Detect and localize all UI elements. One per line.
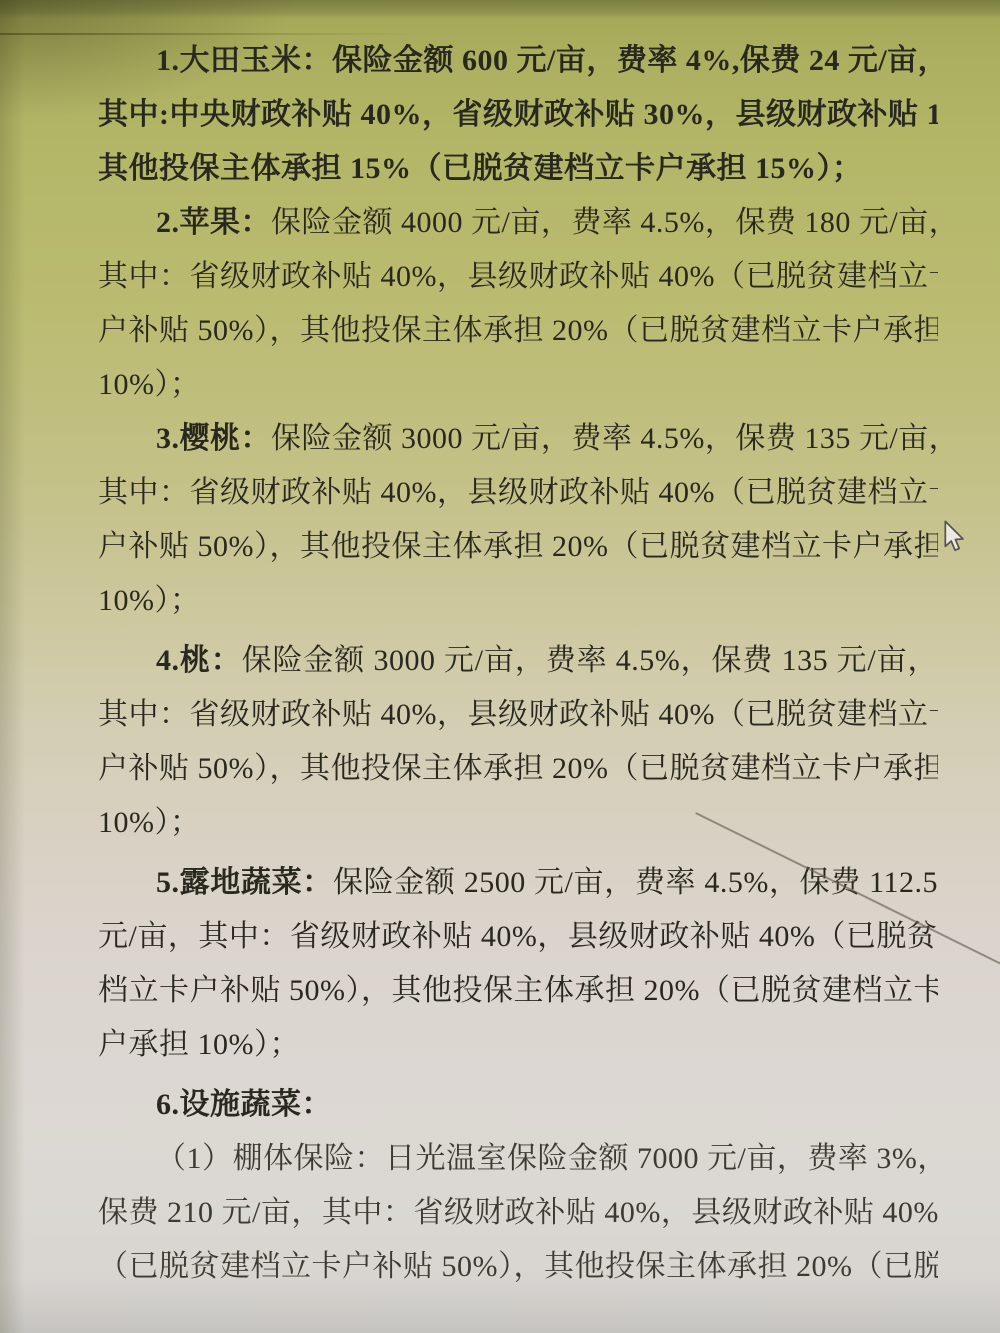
doc-text: 10%）； [98, 806, 201, 839]
doc-line: 10%）； [98, 358, 938, 412]
doc-line: 其中：省级财政补贴 40%，县级财政补贴 40%（已脱贫建档立卡 [98, 466, 938, 520]
doc-line: 10%）； [98, 574, 938, 628]
doc-line: 4.桃：保险金额 3000 元/亩，费率 4.5%，保费 135 元/亩， [98, 634, 938, 688]
doc-line: 档立卡户补贴 50%），其他投保主体承担 20%（已脱贫建档立卡 [98, 964, 938, 1018]
doc-line: 保费 210 元/亩，其中：省级财政补贴 40%，县级财政补贴 40% [98, 1186, 938, 1240]
doc-text: 档立卡户补贴 50%），其他投保主体承担 20%（已脱贫建档立卡 [98, 974, 938, 1007]
doc-text: 保险金额 3000 元/亩，费率 4.5%，保费 135 元/亩， [271, 422, 938, 455]
doc-line: 户补贴 50%），其他投保主体承担 20%（已脱贫建档立卡户承担 [98, 304, 938, 358]
doc-text: 其他投保主体承担 15%（已脱贫建档立卡户承担 15%）； [98, 152, 863, 185]
doc-line: （已脱贫建档立卡户补贴 50%），其他投保主体承担 20%（已脱 [98, 1240, 938, 1294]
doc-text: 其中：省级财政补贴 40%，县级财政补贴 40%（已脱贫建档立卡 [98, 260, 938, 293]
doc-text: 保险金额 600 元/亩，费率 4%,保费 24 元/亩， [332, 44, 938, 77]
item-heading: 1.大田玉米： [156, 44, 332, 77]
doc-line: 5.露地蔬菜：保险金额 2500 元/亩，费率 4.5%，保费 112.5 [98, 856, 938, 910]
doc-text: 保险金额 3000 元/亩，费率 4.5%，保费 135 元/亩， [242, 644, 938, 677]
doc-text: （1）棚体保险：日光温室保险金额 7000 元/亩，费率 3%， [156, 1142, 938, 1175]
doc-text: 其中：省级财政补贴 40%，县级财政补贴 40%（已脱贫建档立卡 [98, 698, 938, 731]
item-heading: 3.樱桃： [156, 422, 271, 455]
item-heading: 4.桃： [156, 644, 242, 677]
doc-text: 元/亩，其中：省级财政补贴 40%，县级财政补贴 40%（已脱贫建 [98, 920, 938, 953]
doc-text: 户补贴 50%），其他投保主体承担 20%（已脱贫建档立卡户承担 [98, 314, 938, 347]
doc-line: 其中：省级财政补贴 40%，县级财政补贴 40%（已脱贫建档立卡 [98, 688, 938, 742]
mouse-cursor-icon [943, 520, 965, 553]
doc-line: 户承担 10%）； [98, 1018, 938, 1072]
doc-text: 户承担 10%）； [98, 1028, 300, 1061]
doc-line: 其中:中央财政补贴 40%，省级财政补贴 30%，县级财政补贴 15%， [98, 88, 938, 142]
doc-line: 户补贴 50%），其他投保主体承担 20%（已脱贫建档立卡户承担 [98, 520, 938, 574]
doc-line: 其中：省级财政补贴 40%，县级财政补贴 40%（已脱贫建档立卡 [98, 250, 938, 304]
doc-text: 10%）； [98, 368, 201, 401]
doc-line: 户补贴 50%），其他投保主体承担 20%（已脱贫建档立卡户承担 [98, 742, 938, 796]
doc-line: 1.大田玉米：保险金额 600 元/亩，费率 4%,保费 24 元/亩， [98, 34, 938, 88]
doc-text: 保险金额 2500 元/亩，费率 4.5%，保费 112.5 [333, 866, 938, 899]
doc-line: 6.设施蔬菜： [98, 1078, 938, 1132]
doc-text: 其中：省级财政补贴 40%，县级财政补贴 40%（已脱贫建档立卡 [98, 476, 938, 509]
doc-text: 保险金额 4000 元/亩，费率 4.5%，保费 180 元/亩， [271, 206, 938, 239]
doc-text: 户补贴 50%），其他投保主体承担 20%（已脱贫建档立卡户承担 [98, 530, 938, 563]
doc-line: 3.樱桃：保险金额 3000 元/亩，费率 4.5%，保费 135 元/亩， [98, 412, 938, 466]
doc-line: （1）棚体保险：日光温室保险金额 7000 元/亩，费率 3%， [98, 1132, 938, 1186]
doc-line: 10%）； [98, 796, 938, 850]
item-heading: 2.苹果： [156, 206, 271, 239]
doc-line: 其他投保主体承担 15%（已脱贫建档立卡户承担 15%）； [98, 142, 938, 196]
doc-text: 其中:中央财政补贴 40%，省级财政补贴 30%，县级财政补贴 15%， [98, 98, 938, 131]
doc-line: 2.苹果：保险金额 4000 元/亩，费率 4.5%，保费 180 元/亩， [98, 196, 938, 250]
doc-text: （已脱贫建档立卡户补贴 50%），其他投保主体承担 20%（已脱 [98, 1250, 938, 1283]
document-area: 1.大田玉米：保险金额 600 元/亩，费率 4%,保费 24 元/亩， 其中:… [98, 34, 938, 1294]
item-heading: 5.露地蔬菜： [156, 866, 333, 899]
doc-text: 10%）； [98, 584, 201, 617]
doc-text: 保费 210 元/亩，其中：省级财政补贴 40%，县级财政补贴 40% [98, 1196, 938, 1229]
doc-text: 户补贴 50%），其他投保主体承担 20%（已脱贫建档立卡户承担 [98, 752, 938, 785]
item-heading: 6.设施蔬菜： [156, 1088, 332, 1121]
doc-line: 元/亩，其中：省级财政补贴 40%，县级财政补贴 40%（已脱贫建 [98, 910, 938, 964]
